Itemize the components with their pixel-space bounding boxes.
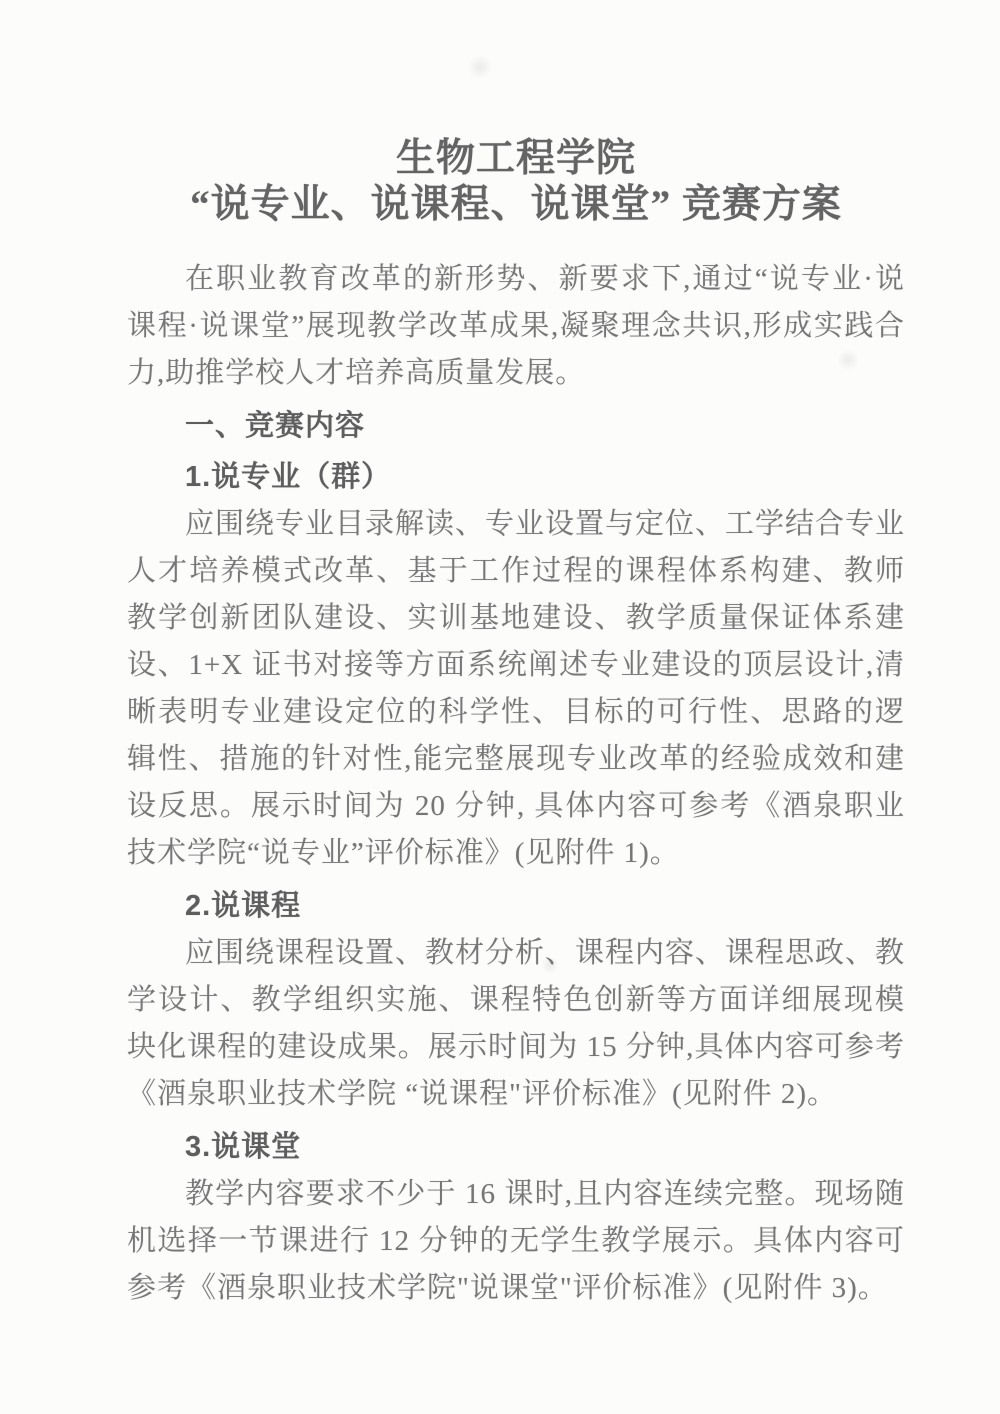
item-body-shuo-zhuanye: 应围绕专业目录解读、专业设置与定位、工学结合专业人才培养模式改革、基于工作过程的… [127,501,905,877]
item-body-shuo-kecheng: 应围绕课程设置、教材分析、课程内容、课程思政、教学设计、教学组织实施、课程特色创… [127,930,905,1118]
item-heading-shuo-ketang: 3.说课堂 [127,1124,905,1171]
title-line-2: “说专业、说课程、说课堂” 竞赛方案 [127,182,905,228]
document-page: 生物工程学院 “说专业、说课程、说课堂” 竞赛方案 在职业教育改革的新形势、新要… [0,0,1000,1414]
document-title: 生物工程学院 “说专业、说课程、说课堂” 竞赛方案 [127,136,905,228]
title-line-1: 生物工程学院 [127,136,905,182]
item-heading-shuo-kecheng: 2.说课程 [127,883,905,930]
document-content: 生物工程学院 “说专业、说课程、说课堂” 竞赛方案 在职业教育改革的新形势、新要… [127,0,905,1312]
intro-paragraph: 在职业教育改革的新形势、新要求下,通过“说专业·说课程·说课堂”展现教学改革成果… [127,256,905,397]
item-heading-shuo-zhuanye: 1.说专业（群） [127,454,905,501]
section-heading-competition-content: 一、竞赛内容 [127,403,905,450]
item-body-shuo-ketang: 教学内容要求不少于 16 课时,且内容连续完整。现场随机选择一节课进行 12 分… [127,1171,905,1312]
